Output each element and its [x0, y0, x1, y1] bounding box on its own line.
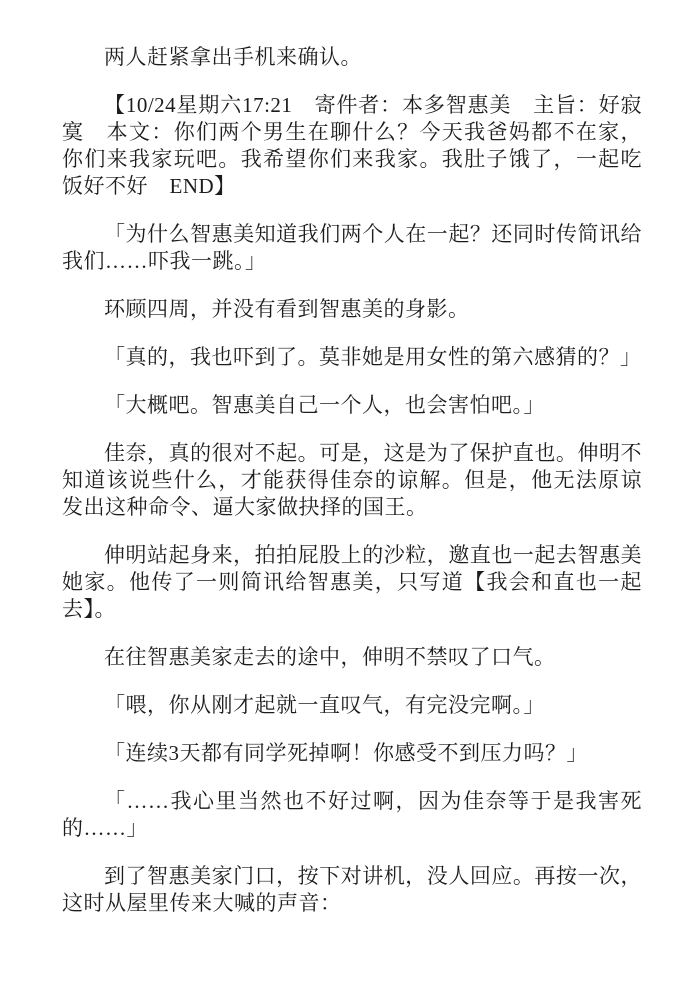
paragraph-narration-3: 佳奈，真的很对不起。可是，这是为了保护直也。伸明不知道该说些什么，才能获得佳奈的…: [62, 440, 642, 521]
paragraph-dialogue-6: 「……我心里当然也不好过啊，因为佳奈等于是我害死的……」: [62, 788, 642, 842]
paragraph-narration-2: 环顾四周，并没有看到智惠美的身影。: [62, 296, 642, 323]
paragraph-narration-5: 在往智惠美家走去的途中，伸明不禁叹了口气。: [62, 644, 642, 671]
paragraph-dialogue-5: 「连续3天都有同学死掉啊！你感受不到压力吗？」: [62, 740, 642, 767]
paragraph-dialogue-2: 「真的，我也吓到了。莫非她是用女性的第六感猜的？」: [62, 344, 642, 371]
paragraph-narration-4: 伸明站起身来，拍拍屁股上的沙粒，邀直也一起去智惠美她家。他传了一则简讯给智惠美，…: [62, 542, 642, 623]
paragraph-narration-6: 到了智惠美家门口，按下对讲机，没人回应。再按一次，这时从屋里传来大喊的声音：: [62, 863, 642, 917]
paragraph-sms-message: 【10/24星期六17:21 寄件者：本多智惠美 主旨：好寂寞 本文：你们两个男…: [62, 92, 642, 200]
paragraph-dialogue-3: 「大概吧。智惠美自己一个人，也会害怕吧。」: [62, 392, 642, 419]
paragraph-narration-1: 两人赶紧拿出手机来确认。: [62, 44, 642, 71]
document-page: 两人赶紧拿出手机来确认。 【10/24星期六17:21 寄件者：本多智惠美 主旨…: [0, 0, 700, 992]
paragraph-dialogue-4: 「喂，你从刚才起就一直叹气，有完没完啊。」: [62, 692, 642, 719]
paragraph-dialogue-1: 「为什么智惠美知道我们两个人在一起？还同时传简讯给我们……吓我一跳。」: [62, 221, 642, 275]
